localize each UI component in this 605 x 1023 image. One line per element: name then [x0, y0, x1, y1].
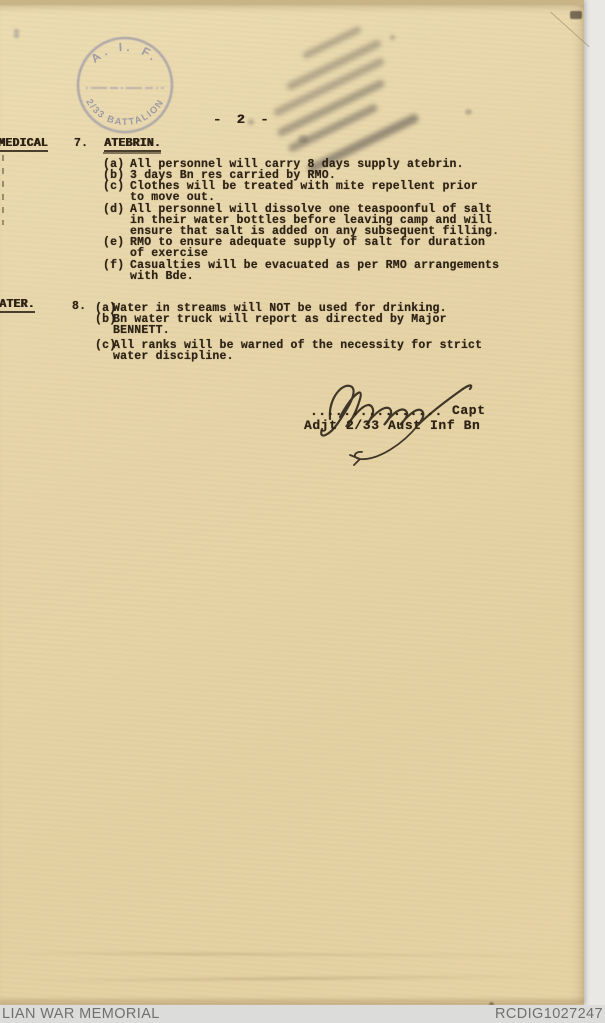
- item-text: with Bde.: [130, 271, 194, 282]
- paper-crease: [0, 997, 584, 1003]
- heading-atebrin: ATEBRIN.: [104, 138, 161, 152]
- item-text: BENNETT.: [113, 325, 170, 336]
- svg-text:A. I. F.: A. I. F.: [88, 40, 162, 66]
- page-number: - 2 -: [213, 114, 272, 125]
- section-number-8: 8.: [72, 301, 86, 312]
- margin-label-water: WATER.: [0, 299, 35, 313]
- scanned-document-page: { "page": { "number_label": "- 2 -", "st…: [0, 0, 605, 1023]
- item-text: to move out.: [130, 192, 215, 203]
- paper-crease: [30, 975, 550, 983]
- margin-pencil-dashes: [2, 155, 4, 225]
- item-text: of exercise: [130, 248, 208, 259]
- foxing-speck: [465, 109, 472, 115]
- signature-rank: Capt: [452, 405, 486, 416]
- battalion-stamp: A. I. F. 2/33 BATTALION: [70, 31, 180, 135]
- typed-underline-artifact: [103, 152, 161, 154]
- archive-footer-bar: LIAN WAR MEMORIAL RCDIG1027247: [0, 1005, 605, 1023]
- margin-label-medical: MEDICAL: [0, 138, 48, 152]
- item-marker: (c): [103, 181, 124, 192]
- section-number-7: 7.: [74, 138, 88, 149]
- item-marker: (f): [103, 260, 124, 271]
- corner-ink-mark: [570, 11, 582, 19]
- item-marker: (d): [103, 204, 124, 215]
- item-text: water discipline.: [113, 351, 234, 362]
- signature-dotted-line: ................: [310, 406, 443, 417]
- stamp-arc-top-text: A. I. F.: [88, 40, 162, 66]
- signature-unit-line: Adjt 2/33 Aust Inf Bn: [304, 420, 480, 431]
- item-marker: (e): [103, 237, 124, 248]
- archive-source-text: LIAN WAR MEMORIAL: [2, 1006, 160, 1022]
- paper-crease: [0, 951, 584, 957]
- paper-sheet: A. I. F. 2/33 BATTALION - 2 - MEDICAL 7.…: [0, 0, 584, 1005]
- ink-transfer-smudge: [238, 27, 453, 155]
- archive-record-id: RCDIG1027247: [495, 1006, 603, 1022]
- foxing-speck: [14, 29, 19, 38]
